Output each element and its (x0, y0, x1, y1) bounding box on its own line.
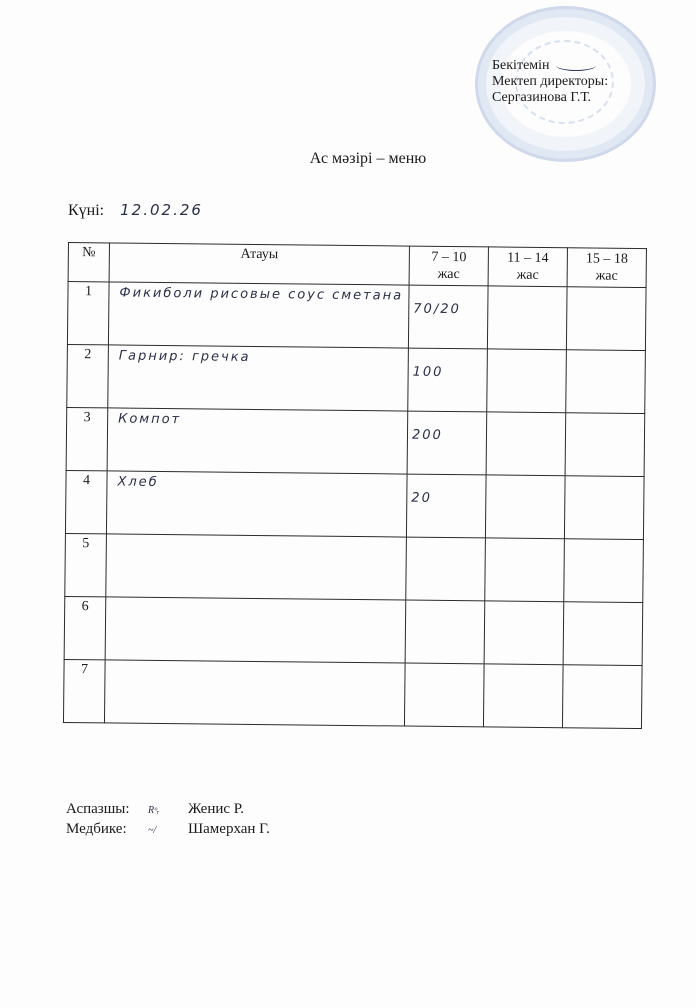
qty-15-18 (562, 665, 642, 729)
qty-11-14 (486, 412, 566, 476)
cook-name: Женис Р. (188, 801, 244, 817)
menu-table: № Атауы 7 – 10жас 11 – 14жас 15 – 18жас … (63, 242, 647, 729)
row-number: 6 (64, 596, 106, 659)
row-number: 4 (65, 470, 107, 533)
approval-director-name: Сергазинова Г.Т. (492, 90, 608, 106)
table-row: 3 Компот 200 (66, 407, 645, 476)
date-line: Күні: 12.02.26 (68, 201, 203, 220)
cook-line: Аспазшы:RᵒᵣЖенис Р. (66, 800, 270, 820)
dish-name: Гарнир: гречка (108, 345, 409, 411)
row-number: 7 (63, 659, 105, 722)
table-row: 6 (64, 596, 643, 665)
qty-7-10 (405, 600, 485, 664)
approval-label: Бекітемін (492, 58, 550, 73)
table-row: 4 Хлеб 20 (65, 470, 644, 539)
qty-15-18 (564, 476, 644, 540)
table-row: 1 Фикиболи рисовые соус сметана 70/20 (67, 282, 646, 351)
qty-11-14 (485, 538, 565, 602)
row-number: 2 (67, 344, 109, 407)
dish-name: Компот (107, 408, 408, 474)
row-number: 3 (66, 407, 108, 470)
approval-position: Мектеп директоры: (492, 74, 608, 90)
table-row: 2 Гарнир: гречка 100 (67, 344, 646, 413)
qty-15-18 (566, 350, 646, 414)
approval-block: Бекітемін Мектеп директоры: Сергазинова … (492, 58, 608, 106)
qty-15-18 (564, 539, 644, 603)
cook-signature: Rᵒᵣ (148, 801, 188, 820)
dish-name: Фикиболи рисовые соус сметана (108, 282, 409, 348)
qty-15-18 (566, 287, 646, 351)
qty-11-14 (487, 286, 567, 350)
qty-7-10 (404, 663, 484, 727)
qty-7-10 (406, 537, 486, 601)
nurse-line: Медбике:~/Шамерхан Г. (66, 820, 270, 840)
signatures-block: Аспазшы:RᵒᵣЖенис Р. Медбике:~/Шамерхан Г… (66, 800, 270, 840)
director-signature (556, 60, 596, 71)
qty-11-14 (485, 475, 565, 539)
qty-7-10: 20 (406, 474, 486, 538)
qty-7-10: 100 (408, 348, 488, 412)
nurse-signature: ~/ (148, 821, 188, 840)
dish-name (105, 597, 406, 663)
header-age-11-14: 11 – 14жас (488, 247, 567, 287)
date-label: Күні: (68, 202, 104, 219)
header-name: Атауы (109, 243, 409, 285)
qty-11-14 (483, 664, 563, 728)
qty-7-10: 200 (407, 411, 487, 475)
row-number: 1 (67, 282, 109, 345)
dish-name (104, 660, 405, 726)
header-number: № (68, 243, 109, 282)
date-value: 12.02.26 (120, 201, 203, 219)
nurse-label: Медбике: (66, 820, 148, 839)
cook-label: Аспазшы: (66, 800, 148, 819)
header-age-15-18: 15 – 18жас (567, 248, 646, 288)
qty-7-10: 70/20 (408, 285, 488, 349)
qty-15-18 (565, 413, 645, 477)
page-title: Ас мәзірі – меню (0, 150, 696, 168)
header-age-7-10: 7 – 10жас (409, 246, 488, 286)
dish-name: Хлеб (106, 471, 407, 537)
qty-11-14 (484, 601, 564, 665)
nurse-name: Шамерхан Г. (188, 821, 270, 837)
table-row: 7 (63, 659, 642, 728)
table-row: 5 (65, 533, 644, 602)
qty-15-18 (563, 602, 643, 666)
dish-name (106, 534, 407, 600)
row-number: 5 (65, 533, 107, 596)
qty-11-14 (487, 349, 567, 413)
table-header: № Атауы 7 – 10жас 11 – 14жас 15 – 18жас (68, 243, 646, 288)
